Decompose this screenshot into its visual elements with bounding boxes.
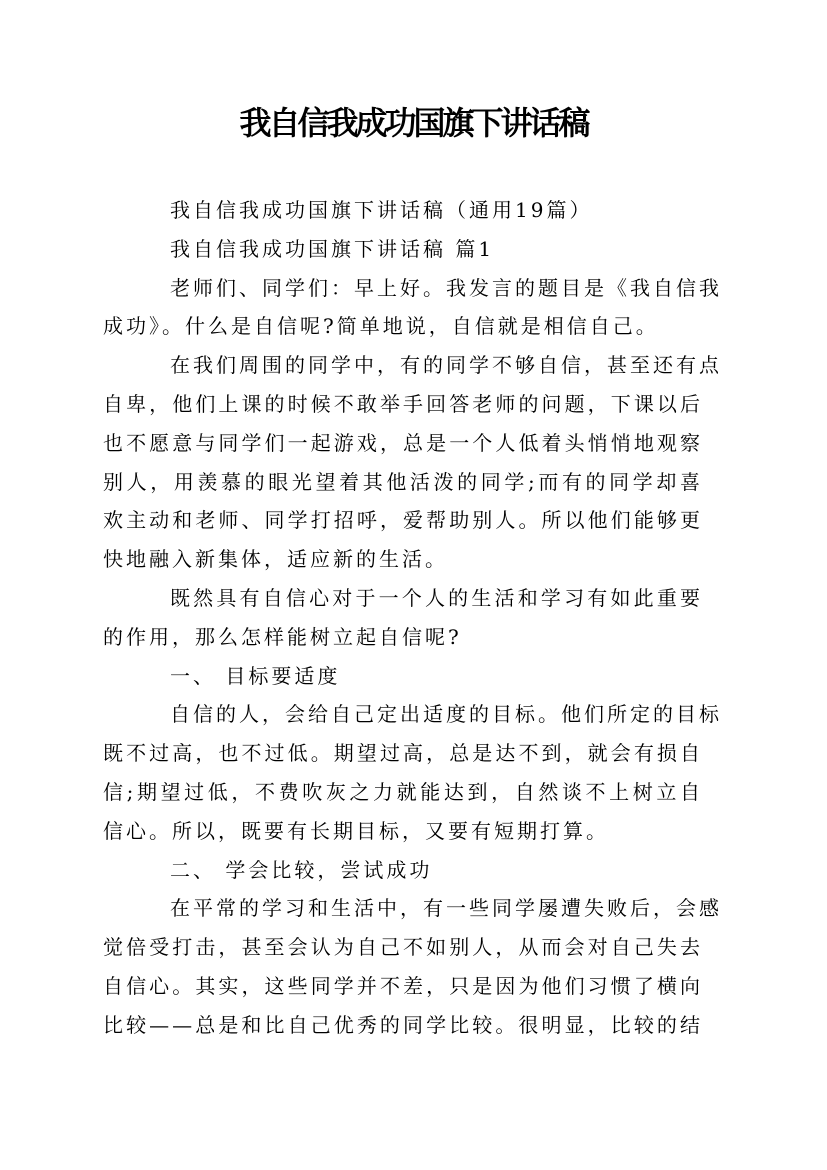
text-line: 在平常的学习和生活中，有一些同学屡遭失败后，会感	[103, 889, 703, 928]
text-line: 既然具有自信心对于一个人的生活和学习有如此重要	[103, 579, 703, 618]
text-line: 信心。所以，既要有长期目标，又要有短期打算。	[103, 812, 703, 851]
text-line: 老师们、同学们：早上好。我发言的题目是《我自信我	[103, 269, 703, 308]
text-line: 在我们周围的同学中，有的同学不够自信，甚至还有点	[103, 346, 703, 385]
text-line: 也不愿意与同学们一起游戏，总是一个人低着头悄悄地观察	[103, 424, 703, 463]
text-line: 既不过高，也不过低。期望过高，总是达不到，就会有损自	[103, 734, 703, 773]
subtitle-line: 我自信我成功国旗下讲话稿（通用19篇）	[103, 191, 703, 230]
text-line: 自信心。其实，这些同学并不差，只是因为他们习惯了横向	[103, 967, 703, 1006]
text-line: 自信的人，会给自己定出适度的目标。他们所定的目标	[103, 695, 703, 734]
section-heading: 二、 学会比较，尝试成功	[103, 851, 703, 890]
text-line: 自卑，他们上课的时候不敢举手回答老师的问题，下课以后	[103, 385, 703, 424]
text-line: 的作用，那么怎样能树立起自信呢?	[103, 618, 703, 657]
document-body: 我自信我成功国旗下讲话稿（通用19篇） 我自信我成功国旗下讲话稿 篇1 老师们、…	[103, 191, 703, 1045]
text-line: 欢主动和老师、同学打招呼，爱帮助别人。所以他们能够更	[103, 501, 703, 540]
text-line: 快地融入新集体，适应新的生活。	[103, 540, 703, 579]
text-line: 信;期望过低，不费吹灰之力就能达到，自然谈不上树立自	[103, 773, 703, 812]
text-line: 成功》。什么是自信呢?简单地说，自信就是相信自己。	[103, 307, 703, 346]
document-title: 我自信我成功国旗下讲话稿	[0, 100, 827, 146]
text-line: 觉倍受打击，甚至会认为自己不如别人，从而会对自己失去	[103, 928, 703, 967]
chapter-line: 我自信我成功国旗下讲话稿 篇1	[103, 230, 703, 269]
text-line: 比较——总是和比自己优秀的同学比较。很明显，比较的结	[103, 1006, 703, 1045]
document-page: 我自信我成功国旗下讲话稿 我自信我成功国旗下讲话稿（通用19篇） 我自信我成功国…	[0, 0, 827, 1170]
section-heading: 一、 目标要适度	[103, 657, 703, 696]
text-line: 别人，用羡慕的眼光望着其他活泼的同学;而有的同学却喜	[103, 463, 703, 502]
